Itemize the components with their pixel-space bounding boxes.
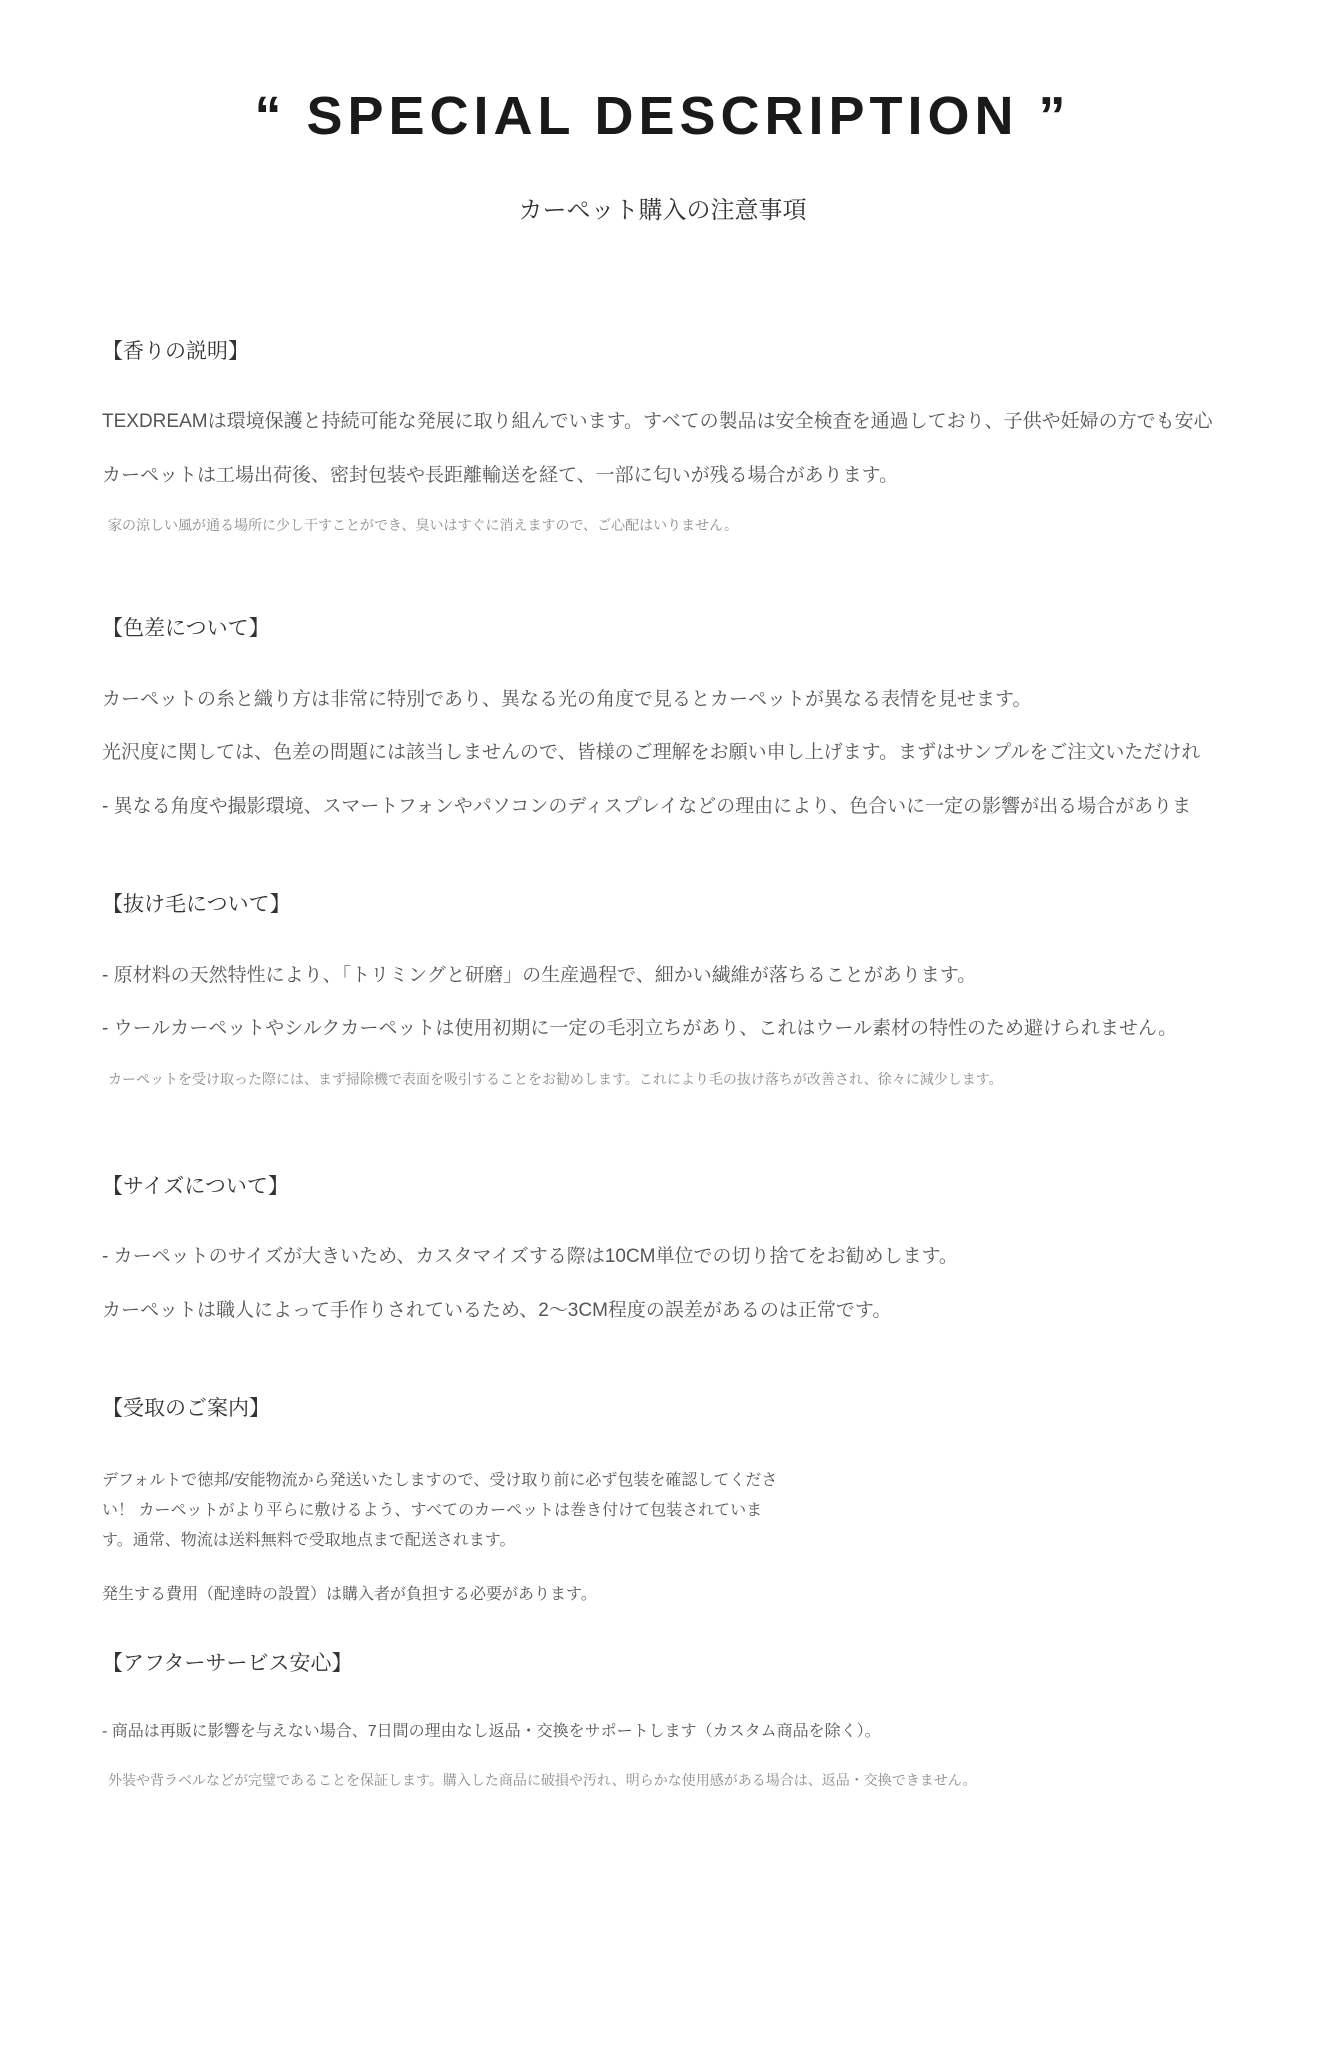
section-line: - ウールカーペットやシルクカーペットは使用初期に一定の毛羽立ちがあり、これはウ… [102, 1015, 1325, 1043]
section-line: デフォルトで徳邦/安能物流から発送いたしますので、受け取り前に必ず包装を確認して… [102, 1466, 780, 1557]
section-heading: 【香りの説明】 [102, 338, 1325, 366]
sections-container: 【香りの説明】 TEXDREAMは環境保護と持続可能な発展に取り組んでいます。す… [0, 338, 1325, 1791]
section-line: カーペットを受け取った際には、まず掃除機で表面を吸引することをお勧めします。これ… [108, 1069, 1325, 1090]
section-lines: カーペットの糸と織り方は非常に特別であり、異なる光の角度で見るとカーペットが異な… [102, 686, 1325, 821]
section-heading: 【色差について】 [102, 615, 1325, 643]
section-lines: - カーペットのサイズが大きいため、カスタマイズする際は10CM単位での切り捨て… [102, 1243, 1325, 1324]
section-lines: デフォルトで徳邦/安能物流から発送いたしますので、受け取り前に必ず包装を確認して… [102, 1466, 1325, 1607]
section-heading: 【受取のご案内】 [102, 1395, 1325, 1423]
section-lines: - 商品は再販に影響を与えない場合、7日間の理由なし返品・交換をサポートします（… [102, 1720, 1325, 1791]
section-line: 外装や背ラベルなどが完璧であることを保証します。購入した商品に破損や汚れ、明らか… [108, 1770, 1325, 1791]
section-heading: 【アフターサービス安心】 [102, 1650, 1325, 1678]
section-line: - カーペットのサイズが大きいため、カスタマイズする際は10CM単位での切り捨て… [102, 1243, 1325, 1271]
section-heading: 【抜け毛について】 [102, 891, 1325, 919]
section-line: 光沢度に関しては、色差の問題には該当しませんので、皆様のご理解をお願い申し上げま… [102, 739, 1325, 767]
description-section: 【受取のご案内】 デフォルトで徳邦/安能物流から発送いたしますので、受け取り前に… [102, 1395, 1325, 1607]
section-line: 発生する費用（配達時の設置）は購入者が負担する必要があります。 [102, 1583, 1325, 1607]
section-line: 家の涼しい風が通る場所に少し干すことができ、臭いはすぐに消えますので、ご心配はい… [108, 515, 1325, 536]
section-lines: - 原材料の天然特性により、「トリミングと研磨」の生産過程で、細かい繊維が落ちる… [102, 962, 1325, 1090]
section-lines: TEXDREAMは環境保護と持続可能な発展に取り組んでいます。すべての製品は安全… [102, 408, 1325, 536]
section-line: カーペットは職人によって手作りされているため、2〜3CM程度の誤差があるのは正常… [102, 1297, 1325, 1325]
section-line: カーペットは工場出荷後、密封包装や長距離輸送を経て、一部に匂いが残る場合がありま… [102, 462, 1325, 490]
description-section: 【サイズについて】 - カーペットのサイズが大きいため、カスタマイズする際は10… [102, 1173, 1325, 1324]
special-description-page: “ SPECIAL DESCRIPTION ” カーペット購入の注意事項 【香り… [0, 0, 1325, 1791]
description-section: 【香りの説明】 TEXDREAMは環境保護と持続可能な発展に取り組んでいます。す… [102, 338, 1325, 536]
description-section: 【アフターサービス安心】 - 商品は再販に影響を与えない場合、7日間の理由なし返… [102, 1650, 1325, 1791]
section-heading: 【サイズについて】 [102, 1173, 1325, 1201]
section-line: - 商品は再販に影響を与えない場合、7日間の理由なし返品・交換をサポートします（… [102, 1720, 1325, 1744]
page-subtitle: カーペット購入の注意事項 [0, 195, 1325, 226]
section-line: TEXDREAMは環境保護と持続可能な発展に取り組んでいます。すべての製品は安全… [102, 408, 1325, 436]
description-section: 【抜け毛について】 - 原材料の天然特性により、「トリミングと研磨」の生産過程で… [102, 891, 1325, 1089]
section-line: カーペットの糸と織り方は非常に特別であり、異なる光の角度で見るとカーペットが異な… [102, 686, 1325, 714]
section-line: - 異なる角度や撮影環境、スマートフォンやパソコンのディスプレイなどの理由により… [102, 793, 1325, 821]
section-line: - 原材料の天然特性により、「トリミングと研磨」の生産過程で、細かい繊維が落ちる… [102, 962, 1325, 990]
page-header: “ SPECIAL DESCRIPTION ” カーペット購入の注意事項 [0, 0, 1325, 226]
page-title: “ SPECIAL DESCRIPTION ” [0, 84, 1325, 149]
description-section: 【色差について】 カーペットの糸と織り方は非常に特別であり、異なる光の角度で見る… [102, 615, 1325, 820]
